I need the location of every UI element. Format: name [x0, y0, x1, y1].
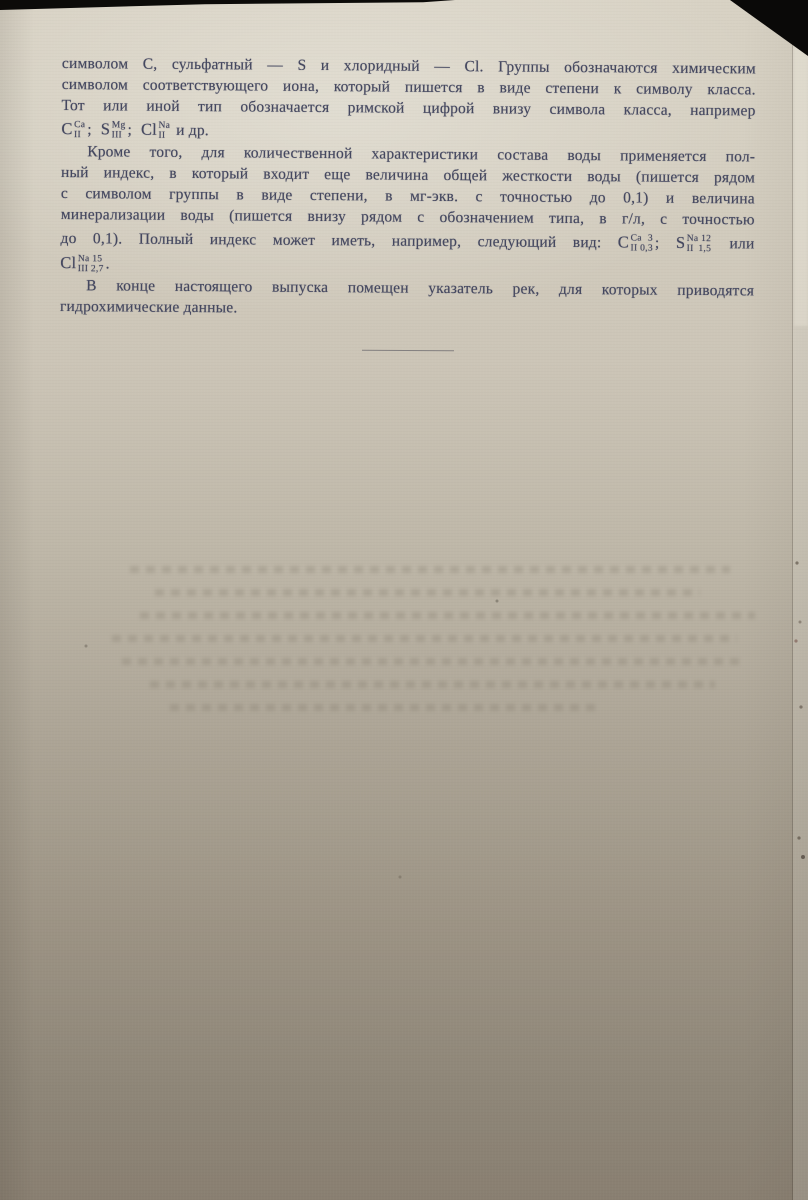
printed-text-block: символом С, сульфатный — S и хлоридный —… — [60, 53, 756, 322]
formula-superscript: Ca — [74, 120, 85, 130]
formula-subscript: II — [74, 130, 85, 140]
formula-superscript: Mg — [112, 120, 126, 130]
formula-tail-text: и др. — [176, 122, 209, 139]
paragraph-3: В конце настоящего выпуска помещен указа… — [60, 275, 754, 322]
text-run: или — [730, 235, 755, 252]
chem-formula-chloride: ClNaII — [141, 117, 170, 143]
show-through-line — [122, 658, 742, 665]
formula-base: C — [618, 232, 629, 251]
formula-base: S — [101, 119, 111, 138]
formula-superscript: Ca 3 — [631, 233, 653, 243]
chem-formula-full-chloride: ClNa 15III 2,7 — [60, 250, 104, 276]
formula-superscript: Na 12 — [687, 234, 712, 244]
formula-separator: ; — [87, 121, 92, 138]
formula-subscript: III 2,7 — [78, 264, 104, 274]
chem-formula-full-sulfate: SNa 12II 1,5 — [676, 230, 712, 256]
paragraph-1: символом С, сульфатный — S и хлоридный —… — [61, 53, 756, 146]
formula-subscript: III — [112, 130, 126, 140]
formula-separator: ; — [655, 235, 660, 252]
section-divider-rule — [362, 350, 454, 351]
page-edge-strip — [792, 0, 808, 1200]
chem-formula-full-carbonate: CCa 3II 0,3 — [618, 229, 653, 255]
formula-subscript: II 0,3 — [630, 243, 652, 253]
formula-subscript: II — [158, 131, 170, 141]
formula-subscript: II 1,5 — [687, 244, 712, 254]
formula-base: C — [61, 119, 72, 138]
text-run: до 0,1). Полный индекс может иметь, напр… — [60, 230, 601, 251]
formula-base: Cl — [141, 120, 157, 139]
formula-separator: ; — [127, 122, 132, 139]
formula-tail-text: . — [106, 255, 110, 272]
show-through-line — [170, 704, 600, 711]
show-through-line — [112, 635, 737, 642]
chem-formula-carbonate: CCaII — [61, 116, 85, 142]
show-through-line — [155, 589, 700, 596]
show-through-line — [150, 681, 715, 688]
show-through-line — [130, 566, 730, 573]
scan-black-edge-top-left — [0, 0, 455, 10]
formula-base: Cl — [60, 253, 76, 272]
paragraph-2: Кроме того, для количественной характери… — [60, 141, 755, 280]
formula-superscript: Na 15 — [78, 254, 104, 264]
formula-base: S — [676, 233, 686, 252]
scanned-book-page: символом С, сульфатный — S и хлоридный —… — [0, 0, 808, 1200]
chem-formula-sulfate: SMgIII — [101, 116, 126, 142]
show-through-line — [140, 612, 755, 619]
formula-superscript: Na — [159, 121, 171, 131]
